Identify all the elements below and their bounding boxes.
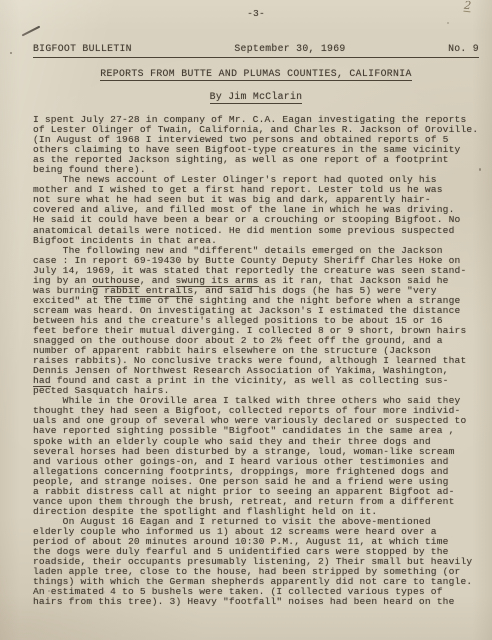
- byline-row: By Jim McClarin: [33, 81, 479, 104]
- paragraph: The following new and "different" detail…: [33, 246, 479, 397]
- article-title-row: REPORTS FROM BUTTE AND PLUMAS COUNTIES, …: [33, 58, 479, 81]
- byline: By Jim McClarin: [210, 91, 303, 104]
- publication-title: BIGFOOT BULLETIN: [33, 43, 132, 54]
- typed-line: have reported sighting possible "Bigfoot…: [33, 426, 479, 436]
- article-title: REPORTS FROM BUTTE AND PLUMAS COUNTIES, …: [100, 68, 411, 81]
- paragraph: On August 16 Eagan and I returned to vis…: [33, 517, 479, 607]
- masthead: BIGFOOT BULLETIN September 30, 1969 No. …: [33, 43, 479, 58]
- typed-line: He said it could have been a bear or a c…: [33, 215, 479, 225]
- page-content: -3- BIGFOOT BULLETIN September 30, 1969 …: [33, 8, 479, 607]
- scanned-bulletin-page: 2 -3- BIGFOOT BULLETIN September 30, 196…: [0, 0, 492, 640]
- masthead-date: September 30, 1969: [234, 43, 345, 54]
- article-body: I spent July 27-28 in company of Mr. C.A…: [33, 115, 479, 607]
- paragraph: The news account of Lester Olinger's rep…: [33, 175, 479, 245]
- page-number: -3-: [33, 8, 479, 19]
- scan-speck: [479, 168, 481, 171]
- paragraph: While in the Oroville area I talked with…: [33, 396, 479, 517]
- scan-speck: [10, 52, 12, 54]
- issue-number: No. 9: [448, 43, 479, 54]
- typed-line: hairs from this tree). 3) Heavy "footfal…: [33, 597, 479, 607]
- scan-speck: [447, 22, 449, 24]
- scan-smudge: [48, 590, 50, 592]
- paragraph: I spent July 27-28 in company of Mr. C.A…: [33, 115, 479, 175]
